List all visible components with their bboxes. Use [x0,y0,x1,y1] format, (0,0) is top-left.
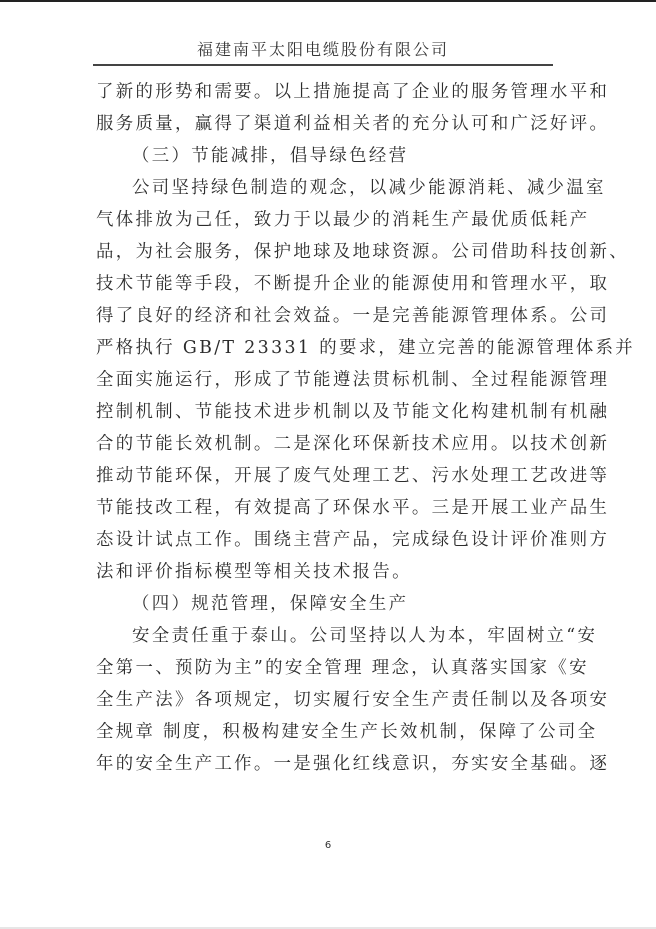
header-rule [93,64,553,66]
paragraph-start: 公司坚持绿色制造的观念，以减少能源消耗、减少温室 [96,172,558,204]
document-body: 了新的形势和需要。以上措施提高了企业的服务管理水平和 服务质量，赢得了渠道利益相… [96,76,558,780]
section-heading-4: （四）规范管理，保障安全生产 [96,588,558,620]
text-line: 推动节能环保，开展了废气处理工艺、污水处理工艺改进等 [96,460,558,492]
text-line: 年的安全生产工作。一是强化红线意识，夯实安全基础。逐 [96,748,558,780]
text-line: 品，为社会服务，保护地球及地球资源。公司借助科技创新、 [96,236,558,268]
text-line: 全生产法》各项规定，切实履行安全生产责任制以及各项安 [96,684,558,716]
text-line: 法和评价指标模型等相关技术报告。 [96,556,558,588]
text-line: 得了良好的经济和社会效益。一是完善能源管理体系。公司 [96,300,558,332]
text-line: 了新的形势和需要。以上措施提高了企业的服务管理水平和 [96,76,558,108]
text-line: 全规章 制度，积极构建安全生产长效机制，保障了公司全 [96,716,558,748]
page-header-company: 福建南平太阳电缆股份有限公司 [93,38,553,62]
text-line: 全第一、预防为主”的安全管理 理念，认真落实国家《安 [96,652,558,684]
text-line: 严格执行 GB/T 23331 的要求，建立完善的能源管理体系并 [96,332,558,364]
text-line: 合的节能长效机制。二是深化环保新技术应用。以技术创新 [96,428,558,460]
text-line: 控制机制、节能技术进步机制以及节能文化构建机制有机融 [96,396,558,428]
text-line: 态设计试点工作。围绕主营产品，完成绿色设计评价准则方 [96,524,558,556]
text-line: 气体排放为己任，致力于以最少的消耗生产最优质低耗产 [96,204,558,236]
page-number: 6 [0,840,656,851]
scan-top-edge [0,0,656,2]
section-heading-3: （三）节能减排，倡导绿色经营 [96,140,558,172]
text-line: 全面实施运行，形成了节能遵法贯标机制、全过程能源管理 [96,364,558,396]
text-line: 节能技改工程，有效提高了环保水平。三是开展工业产品生 [96,492,558,524]
text-line: 服务质量，赢得了渠道利益相关者的充分认可和广泛好评。 [96,108,558,140]
text-line: 技术节能等手段，不断提升企业的能源使用和管理水平，取 [96,268,558,300]
paragraph-start: 安全责任重于泰山。公司坚持以人为本，牢固树立“安 [96,620,558,652]
